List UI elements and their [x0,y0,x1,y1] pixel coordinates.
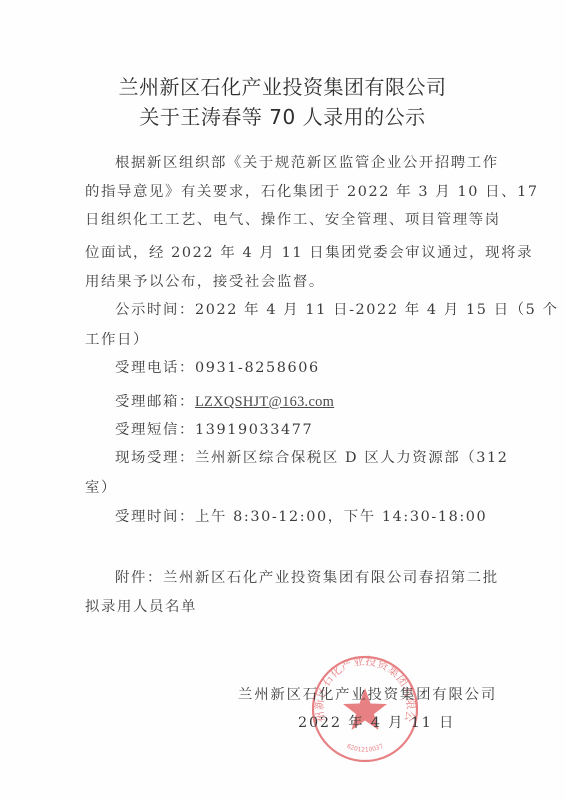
seal-code: 6201210037 [346,743,385,754]
document-page: 兰州新区石化产业投资集团有限公司 关于王涛春等 70 人录用的公示 根据新区组织… [0,0,565,800]
body-paragraph-line: 用结果予以公布，接受社会监督。 [85,273,485,291]
body-paragraph-line: 的指导意见》有关要求，石化集团于 2022 年 3 月 10 日、17 [85,183,485,201]
sms-value: 13919033477 [195,422,313,438]
email-link[interactable]: LZXQSHJT@163.com [195,394,334,410]
service-hours: 受理时间：上午 8:30-12:00，下午 14:30-18:00 [115,508,485,526]
phone-value: 0931-8258606 [195,360,320,376]
notice-period-line: 工作日） [85,331,485,349]
phone-label: 受理电话： [115,360,195,376]
contact-phone: 受理电话：0931-8258606 [115,359,485,377]
contact-email: 受理邮箱：LZXQSHJT@163.com [115,393,485,411]
body-paragraph-line: 根据新区组织部《关于规范新区监管企业公开招聘工作 [115,154,485,172]
onsite-line: 室） [85,479,485,497]
body-paragraph-line: 位面试，经 2022 年 4 月 11 日集团党委会审议通过，现将录 [85,244,485,262]
signature-company: 兰州新区石化产业投资集团有限公司 [238,686,497,704]
official-seal-icon: 兰州新区石化产业投资集团有限公司 6201210037 [310,654,420,764]
document-title-line2: 关于王涛春等 70 人录用的公示 [0,105,565,129]
email-label: 受理邮箱： [115,394,195,410]
contact-sms: 受理短信：13919033477 [115,421,485,439]
notice-period-line: 公示时间：2022 年 4 月 11 日-2022 年 4 月 15 日（5 个 [115,301,485,319]
attachment-line: 附件：兰州新区石化产业投资集团有限公司春招第二批 [115,569,485,587]
svg-text:6201210037: 6201210037 [346,743,385,754]
attachment-line: 拟录用人员名单 [85,598,485,616]
onsite-line: 现场受理：兰州新区综合保税区 D 区人力资源部（312 [115,449,485,467]
document-title-line1: 兰州新区石化产业投资集团有限公司 [0,75,565,99]
signature-date: 2022 年 4 月 11 日 [298,714,455,732]
sms-label: 受理短信： [115,422,195,438]
body-paragraph-line: 日组织化工工艺、电气、操作工、安全管理、项目管理等岗 [85,211,485,229]
